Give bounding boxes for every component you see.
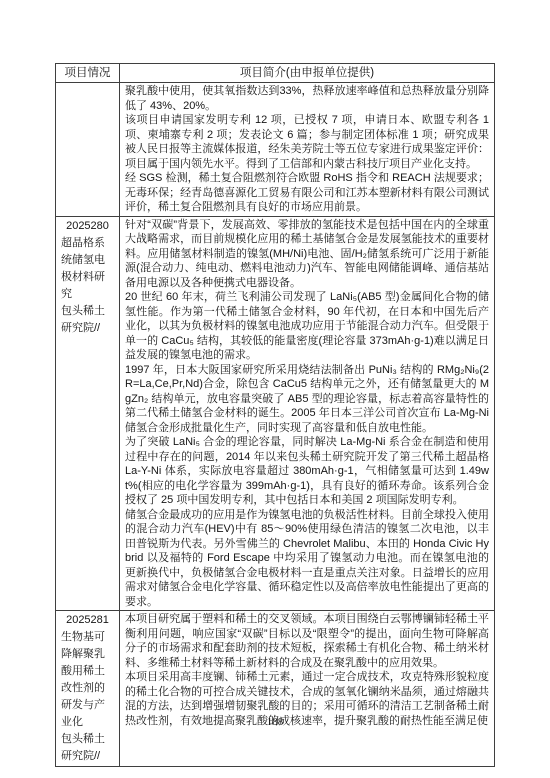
project-brief-paragraph: 储氢合金最成功的应用是作为镍氢电池的负极活性材料。目前全球投入使用的混合动力汽车…: [125, 508, 489, 610]
project-brief-paragraph: 聚乳酸中使用，使其氧指数达到33%，热释放速率峰值和总热释放量分别降低了 43%…: [125, 84, 489, 113]
table-header-row: 项目情况 项目简介(由申报单位提供): [56, 64, 495, 83]
table-row: 2025281 生物基可降解聚乳酸用稀土改性剂的研发与产业化 包头稀土研究院//…: [56, 611, 495, 767]
project-table: 项目情况 项目简介(由申报单位提供) 聚乳酸中使用，使其氧指数达到33%，热释放…: [55, 63, 495, 767]
project-id: 2025280: [61, 218, 114, 235]
project-brief-cell: 本项目研究属于塑料和稀土的交叉领域。本项目围绕白云鄂博镧铈轻稀土平衡利用问题，响…: [120, 611, 495, 767]
project-brief-paragraph: 1997 年，日本大阪国家研究所采用烧结法制备出 PuNi₃ 结构的 RMg₂N…: [125, 363, 489, 436]
project-info-cell: [56, 83, 120, 217]
table-row: 聚乳酸中使用，使其氧指数达到33%，热释放速率峰值和总热释放量分别降低了 43%…: [56, 83, 495, 217]
project-brief-cell: 针对“双碳”背景下，发展高效、零排放的氢能技术是包括中国在内的全球重大战略需求，…: [120, 216, 495, 611]
document-page: 项目情况 项目简介(由申报单位提供) 聚乳酸中使用，使其氧指数达到33%，热释放…: [0, 0, 550, 778]
project-info-cell: 2025280 超晶格系统储氢电极材料研究 包头稀土研究院//: [56, 216, 120, 611]
table-row: 2025280 超晶格系统储氢电极材料研究 包头稀土研究院// 针对“双碳”背景…: [56, 216, 495, 611]
project-brief-paragraph: 20 世纪 60 年末，荷兰飞利浦公司发现了 LaNi₅(AB5 型)金属间化合…: [125, 290, 489, 363]
project-info-cell: 2025281 生物基可降解聚乳酸用稀土改性剂的研发与产业化 包头稀土研究院//: [56, 611, 120, 767]
project-brief-cell: 聚乳酸中使用，使其氧指数达到33%，热释放速率峰值和总热释放量分别降低了 43%…: [120, 83, 495, 217]
column-header-project-info: 项目情况: [56, 64, 120, 83]
page-number: 188: [0, 716, 550, 728]
project-id: 2025281: [61, 612, 114, 629]
project-brief-paragraph: 针对“双碳”背景下，发展高效、零排放的氢能技术是包括中国在内的全球重大战略需求，…: [125, 218, 489, 291]
project-brief-paragraph: 为了突破 LaNi₅ 合金的理论容量，同时解决 La-Mg-Ni 系合金在制造和…: [125, 435, 489, 508]
project-title: 超晶格系统储氢电极材料研究: [61, 235, 114, 303]
project-brief-paragraph: 经 SGS 检测，稀土复合阻燃剂符合欧盟 RoHS 指令和 REACH 法规要求…: [125, 171, 489, 215]
project-brief-paragraph: 本项目研究属于塑料和稀土的交叉领域。本项目围绕白云鄂博镧铈轻稀土平衡利用问题，响…: [125, 612, 489, 670]
project-organization: 包头稀土研究院//: [61, 303, 114, 337]
column-header-project-brief: 项目简介(由申报单位提供): [120, 64, 495, 83]
project-organization: 包头稀土研究院//: [61, 731, 114, 765]
project-brief-paragraph: 该项目申请国家发明专利 12 项，已授权 7 项，申请日本、欧盟专利各 1 项、…: [125, 113, 489, 171]
